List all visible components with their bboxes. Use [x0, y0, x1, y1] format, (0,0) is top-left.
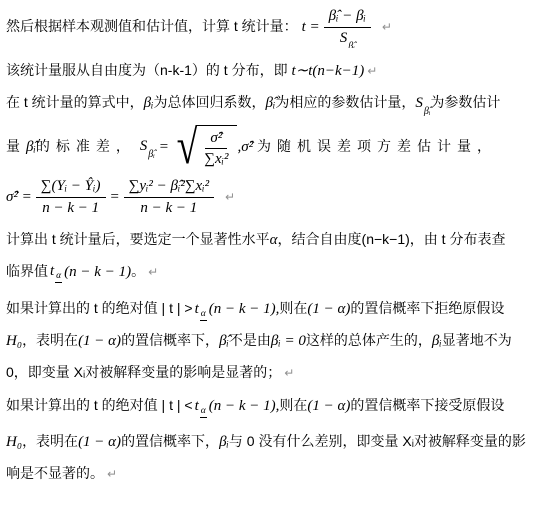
paragraph-reject-explanation: H₀，表明在(1 − α)的置信概率下，β̂ᵢ不是由βᵢ = 0这样的总体产生的… [6, 329, 543, 352]
document-page: 然后根据样本观测值和估计值，计算 t 统计量： t =β̂ᵢ − βᵢSβ̂ᵢ … [0, 0, 548, 485]
paragraph-definitions-1: 在 t 统计量的算式中，βᵢ为总体回归系数，β̂ᵢ为相应的参数估计量，Sβ̂ᵢ为… [6, 91, 543, 116]
paragraph-accept-explanation: H₀，表明在(1 − α)的置信概率下，βᵢ与 0 没有什么差别，即变量 Xᵢ对… [6, 430, 543, 453]
math-beta-hat: β̂ᵢ [219, 333, 229, 349]
fraction-denominator: Sβ̂ᵢ [340, 28, 355, 48]
math-alpha: α [270, 232, 278, 248]
text-run: 不是由 [229, 332, 271, 348]
t-critical-symbol: tα2 [195, 395, 207, 418]
fraction-numerator: σ̂² [205, 129, 227, 150]
fraction-denominator: n − k − 1 [42, 198, 99, 218]
paragraph-mark-icon: ↵ [367, 64, 377, 78]
paragraph-significant-conclusion: 0，即变量 Xᵢ对被解释变量的影响是显著的；↵ [6, 361, 543, 384]
paragraph-t-distribution: 该统计量服从自由度为（n-k-1）的 t 分布，即 t∼t(n−k−1)↵ [6, 59, 543, 82]
math-run: (n − k − 1) [64, 264, 131, 280]
formula-lhs: t = [302, 19, 320, 35]
equals-sign: = [159, 138, 169, 154]
text-run: 0，即变量 Xᵢ对被解释变量的影响是显著的； [6, 364, 281, 380]
s-subscript: β̂ᵢ [348, 41, 355, 48]
subscript-numerator: α [200, 406, 207, 418]
fraction-sums: ∑yᵢ² − β̂ᵢ²∑xᵢ²n − k − 1 [124, 177, 214, 218]
math-run: (1 − α) [307, 398, 350, 414]
s-base: S [140, 138, 148, 154]
text-run: 这样的总体产生的， [306, 332, 432, 348]
text-run: 响是不显著的。 [6, 465, 104, 481]
text-run: 为参数估计 [430, 94, 500, 110]
paragraph-standard-error: 量β̂ᵢ的标准差， Sβ̂ᵢ = √σ̂²∑xᵢ²,σ̂² 为随机误差项方差估计… [6, 125, 543, 170]
paragraph-critical-value: 临界值tα2(n − k − 1)。↵ [6, 260, 543, 284]
s-base: S [415, 95, 423, 111]
text-run: 为相应的参数估计量， [275, 94, 415, 110]
radical-body: σ̂²∑xᵢ² [196, 125, 237, 170]
alpha-over-two-subscript: α2 [55, 271, 62, 283]
s-base: S [340, 30, 348, 46]
h0-symbol: H₀ [6, 434, 22, 450]
text-run: 如果计算出的 t 的绝对值 | t | < [6, 397, 193, 413]
subscript-numerator: α [200, 309, 207, 321]
formula-lhs: σ̂² = [6, 189, 32, 205]
math-run: (n − k − 1), [209, 398, 280, 414]
math-run: βᵢ = 0 [271, 333, 306, 349]
paragraph-mark-icon: ↵ [382, 20, 392, 34]
text-run: 。 [131, 263, 145, 279]
text-run: 的置信概率下接受原假设 [350, 397, 504, 413]
fraction-numerator: ∑yᵢ² − β̂ᵢ²∑xᵢ² [124, 177, 214, 198]
text-run: 的置信概率下， [121, 332, 219, 348]
text-run: ，表明在 [22, 332, 78, 348]
text-run: 显著地不为 [442, 332, 512, 348]
paragraph-not-significant-conclusion: 响是不显著的。↵ [6, 462, 543, 485]
s-subscript: β̂ᵢ [148, 149, 155, 160]
radical-expression: √σ̂²∑xᵢ² [173, 125, 238, 170]
math-beta: βᵢ [219, 434, 229, 450]
h0-symbol: H₀ [6, 333, 22, 349]
math-run: (1 − α) [307, 301, 350, 317]
t-critical-symbol: tα2 [195, 298, 207, 321]
fraction-numerator: ∑(Yᵢ − Ŷᵢ) [36, 177, 106, 198]
math-run: (n − k − 1), [209, 301, 280, 317]
text-run: 临界值 [6, 263, 48, 279]
text-run: 然后根据样本观测值和估计值，计算 t 统计量： [6, 18, 298, 34]
math-run: (1 − α) [78, 333, 121, 349]
alpha-over-two-subscript: α2 [200, 309, 207, 321]
paragraph-mark-icon: ↵ [148, 265, 158, 279]
text-run: 计算出 t 统计量后，要选定一个显著性水平 [6, 231, 270, 247]
text-run: 为随机误差项方差估计量， [257, 137, 497, 153]
fraction-variance: σ̂²∑xᵢ² [204, 129, 228, 170]
text-run: 则在 [279, 397, 307, 413]
s-with-subscript: Sβ̂ᵢ [140, 134, 155, 159]
fraction-residuals: ∑(Yᵢ − Ŷᵢ)n − k − 1 [36, 177, 106, 218]
text-run: 量 [6, 137, 26, 153]
math-sigma-hat: σ̂² [241, 138, 253, 154]
fraction-numerator: β̂ᵢ − βᵢ [324, 7, 371, 28]
fraction-denominator: n − k − 1 [140, 198, 197, 218]
text-run: 则在 [279, 300, 307, 316]
paragraph-reject-condition: 如果计算出的 t 的绝对值 | t | >tα2(n − k − 1),则在(1… [6, 297, 543, 321]
fraction-denominator: ∑xᵢ² [204, 149, 228, 169]
radical-sign-icon: √ [176, 125, 197, 169]
text-run: 的标准差， [36, 137, 136, 153]
paragraph-t-statistic: 然后根据样本观测值和估计值，计算 t 统计量： t =β̂ᵢ − βᵢSβ̂ᵢ … [6, 7, 543, 48]
math-beta: βᵢ [432, 333, 442, 349]
math-beta-hat: β̂ᵢ [266, 95, 276, 111]
s-with-subscript: Sβ̂ᵢ [340, 29, 355, 48]
fraction-t-formula: β̂ᵢ − βᵢSβ̂ᵢ [324, 7, 371, 48]
math-run: (1 − α) [78, 434, 121, 450]
paragraph-significance-level: 计算出 t 统计量后，要选定一个显著性水平α，结合自由度(n−k−1)，由 t … [6, 228, 543, 251]
paragraph-mark-icon: ↵ [284, 366, 294, 380]
t-base: t [195, 298, 199, 320]
formula-sigma-squared: σ̂² =∑(Yᵢ − Ŷᵢ)n − k − 1=∑yᵢ² − β̂ᵢ²∑xᵢ²… [6, 177, 543, 218]
paragraph-mark-icon: ↵ [225, 190, 235, 204]
s-with-subscript: Sβ̂ᵢ [415, 91, 430, 116]
text-run: 与 0 没有什么差别，即变量 Xᵢ对被解释变量的影 [229, 433, 526, 449]
text-run: 如果计算出的 t 的绝对值 | t | > [6, 300, 193, 316]
text-run: 在 t 统计量的算式中， [6, 94, 144, 110]
subscript-numerator: α [55, 271, 62, 283]
math-run: t∼t(n−k−1) [291, 63, 364, 79]
t-base: t [50, 260, 54, 282]
text-run: ，结合自由度(n−k−1)，由 t 分布表查 [278, 231, 506, 247]
math-beta-hat: β̂ᵢ [26, 138, 36, 154]
text-run: 的置信概率下， [121, 433, 219, 449]
t-base: t [195, 395, 199, 417]
text-run: 为总体回归系数， [154, 94, 266, 110]
equals-sign: = [110, 189, 120, 205]
s-subscript: β̂ᵢ [424, 106, 431, 116]
t-critical-symbol: tα2 [50, 260, 62, 283]
text-run: 该统计量服从自由度为（n-k-1）的 t 分布，即 [6, 62, 291, 78]
paragraph-accept-condition: 如果计算出的 t 的绝对值 | t | <tα2(n − k − 1),则在(1… [6, 394, 543, 418]
text-run: 的置信概率下拒绝原假设 [350, 300, 504, 316]
text-run: ，表明在 [22, 433, 78, 449]
math-beta: βᵢ [144, 95, 154, 111]
paragraph-mark-icon: ↵ [107, 467, 117, 481]
alpha-over-two-subscript: α2 [200, 406, 207, 418]
